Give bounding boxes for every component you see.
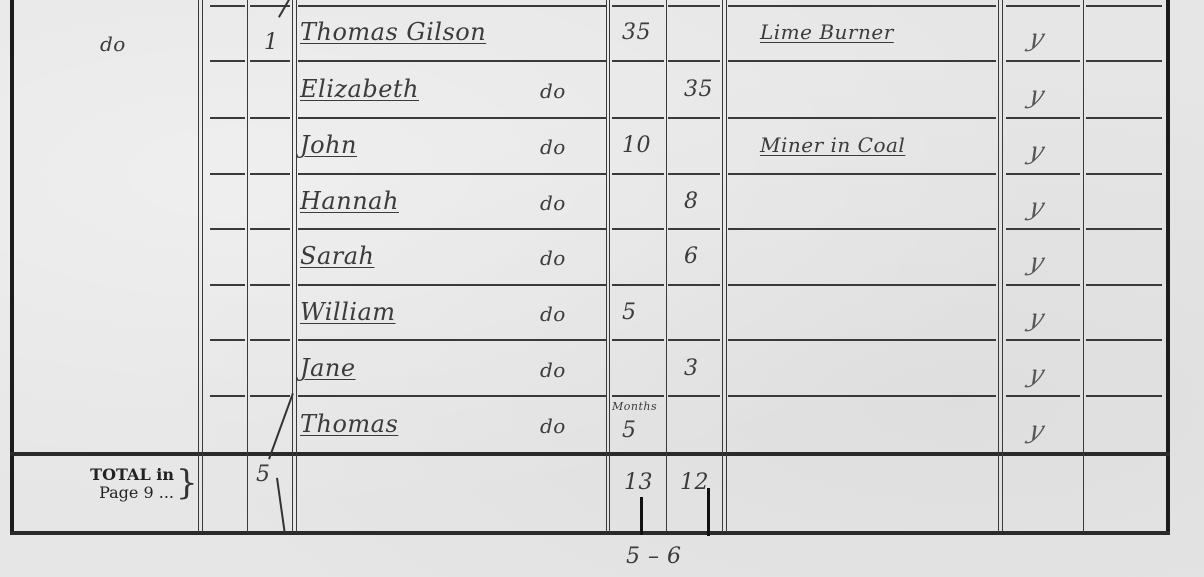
occupation: Lime Burner <box>760 20 894 44</box>
females-check-mark <box>707 488 710 536</box>
row-rule <box>250 284 290 286</box>
age-male: 10 <box>622 133 651 158</box>
row-rule <box>1006 395 1080 397</box>
row-rule <box>210 60 245 62</box>
row-rule <box>728 284 996 286</box>
born-in-county-mark: y <box>1025 81 1049 109</box>
age-male: 35 <box>622 20 651 45</box>
total-males: 13 <box>624 470 653 495</box>
row-rule <box>612 339 664 341</box>
surname-ditto: do <box>540 191 566 215</box>
row-rule <box>298 173 606 175</box>
surname-ditto: do <box>540 302 566 326</box>
row-rule <box>1006 228 1080 230</box>
column-line <box>666 0 667 532</box>
row-rule <box>728 60 996 62</box>
surname-ditto: do <box>540 414 566 438</box>
surname-ditto: do <box>540 79 566 103</box>
row-rule <box>1086 339 1162 341</box>
born-in-county-mark: y <box>1025 360 1049 388</box>
column-line <box>1002 0 1003 532</box>
total-separator-line <box>10 452 1170 456</box>
row-rule <box>1086 284 1162 286</box>
below-total-note: 5 – 6 <box>626 544 681 569</box>
person-name: Jane <box>300 354 356 382</box>
total-page-suffix: ... <box>159 483 174 502</box>
row-rule <box>1086 117 1162 119</box>
total-label-line1: TOTAL in <box>40 466 174 484</box>
row-rule <box>1086 173 1162 175</box>
surname-ditto: do <box>540 246 566 270</box>
occupation: Miner in Coal <box>760 133 905 157</box>
column-line <box>726 0 727 532</box>
row-rule <box>1086 228 1162 230</box>
column-line <box>296 0 297 532</box>
row-rule <box>728 395 996 397</box>
column-line <box>198 0 199 532</box>
column-line <box>722 0 723 532</box>
person-name: Elizabeth <box>300 75 419 103</box>
row-rule <box>298 395 606 397</box>
row-rule <box>210 117 245 119</box>
row-rule <box>210 5 245 7</box>
column-line <box>609 0 610 532</box>
row-rule <box>612 173 664 175</box>
person-name: Hannah <box>300 187 399 215</box>
row-rule <box>1006 339 1080 341</box>
total-page-prefix: Page <box>99 483 138 502</box>
row-rule <box>210 173 245 175</box>
age-female: 35 <box>684 77 713 102</box>
person-name: John <box>300 131 357 159</box>
born-in-county-mark: y <box>1025 248 1049 276</box>
row-rule <box>728 339 996 341</box>
brace-icon: } <box>176 466 198 500</box>
row-rule <box>250 117 290 119</box>
age-unit-label: Months <box>612 400 657 413</box>
born-in-county-mark: y <box>1025 24 1049 52</box>
males-check-mark <box>640 497 643 535</box>
row-rule <box>668 60 720 62</box>
row-rule <box>210 395 245 397</box>
row-rule <box>728 173 996 175</box>
person-name: Thomas <box>300 410 398 438</box>
house-count: 1 <box>264 30 279 55</box>
born-in-county-mark: y <box>1025 137 1049 165</box>
row-rule <box>1006 117 1080 119</box>
row-rule <box>668 5 720 7</box>
row-rule <box>1006 5 1080 7</box>
row-rule <box>298 5 606 7</box>
age-male: 5 <box>622 300 637 325</box>
row-rule <box>298 284 606 286</box>
row-rule <box>668 173 720 175</box>
row-rule <box>612 228 664 230</box>
row-rule <box>250 173 290 175</box>
column-line <box>1083 0 1084 532</box>
row-rule <box>250 228 290 230</box>
row-rule <box>210 339 245 341</box>
row-rule <box>250 60 290 62</box>
person-name: William <box>300 298 396 326</box>
age-female: 6 <box>684 244 699 269</box>
surname-ditto: do <box>540 135 566 159</box>
total-label: TOTAL in Page 9 ... <box>40 466 174 502</box>
row-rule <box>1086 395 1162 397</box>
row-rule <box>728 228 996 230</box>
row-rule <box>298 228 606 230</box>
row-rule <box>250 339 290 341</box>
age-female: 3 <box>684 356 699 381</box>
born-in-county-mark: y <box>1025 193 1049 221</box>
row-rule <box>1006 284 1080 286</box>
place-ditto: do <box>100 32 126 56</box>
row-rule <box>612 60 664 62</box>
total-label-line2: Page 9 ... <box>40 484 174 502</box>
column-line <box>247 0 248 532</box>
household-top-slash <box>278 0 292 18</box>
bottom-border <box>10 531 1170 535</box>
row-rule <box>612 284 664 286</box>
row-rule <box>612 5 664 7</box>
column-line <box>292 0 293 532</box>
row-rule <box>210 284 245 286</box>
total-houses: 5 <box>256 462 271 487</box>
row-rule <box>298 60 606 62</box>
row-rule <box>250 395 290 397</box>
row-rule <box>1086 60 1162 62</box>
column-line <box>998 0 999 532</box>
column-line <box>606 0 607 532</box>
person-name: Sarah <box>300 242 375 270</box>
column-line <box>202 0 203 532</box>
row-rule <box>612 395 664 397</box>
row-rule <box>668 228 720 230</box>
row-rule <box>728 5 996 7</box>
row-rule <box>1086 5 1162 7</box>
row-rule <box>1006 60 1080 62</box>
surname-ditto: do <box>540 358 566 382</box>
row-rule <box>668 284 720 286</box>
person-name: Thomas Gilson <box>300 18 486 46</box>
household-bracket-slash <box>268 393 294 459</box>
row-rule <box>668 117 720 119</box>
age-male: 5 <box>622 418 637 443</box>
total-houses-check <box>276 478 286 534</box>
row-rule <box>298 339 606 341</box>
row-rule <box>728 117 996 119</box>
row-rule <box>668 395 720 397</box>
row-rule <box>612 117 664 119</box>
row-rule <box>668 339 720 341</box>
total-females: 12 <box>680 470 709 495</box>
born-in-county-mark: y <box>1025 304 1049 332</box>
row-rule <box>210 228 245 230</box>
row-rule <box>298 117 606 119</box>
age-female: 8 <box>684 189 699 214</box>
born-in-county-mark: y <box>1025 416 1049 444</box>
row-rule <box>1006 173 1080 175</box>
total-page-number: 9 <box>143 483 153 502</box>
